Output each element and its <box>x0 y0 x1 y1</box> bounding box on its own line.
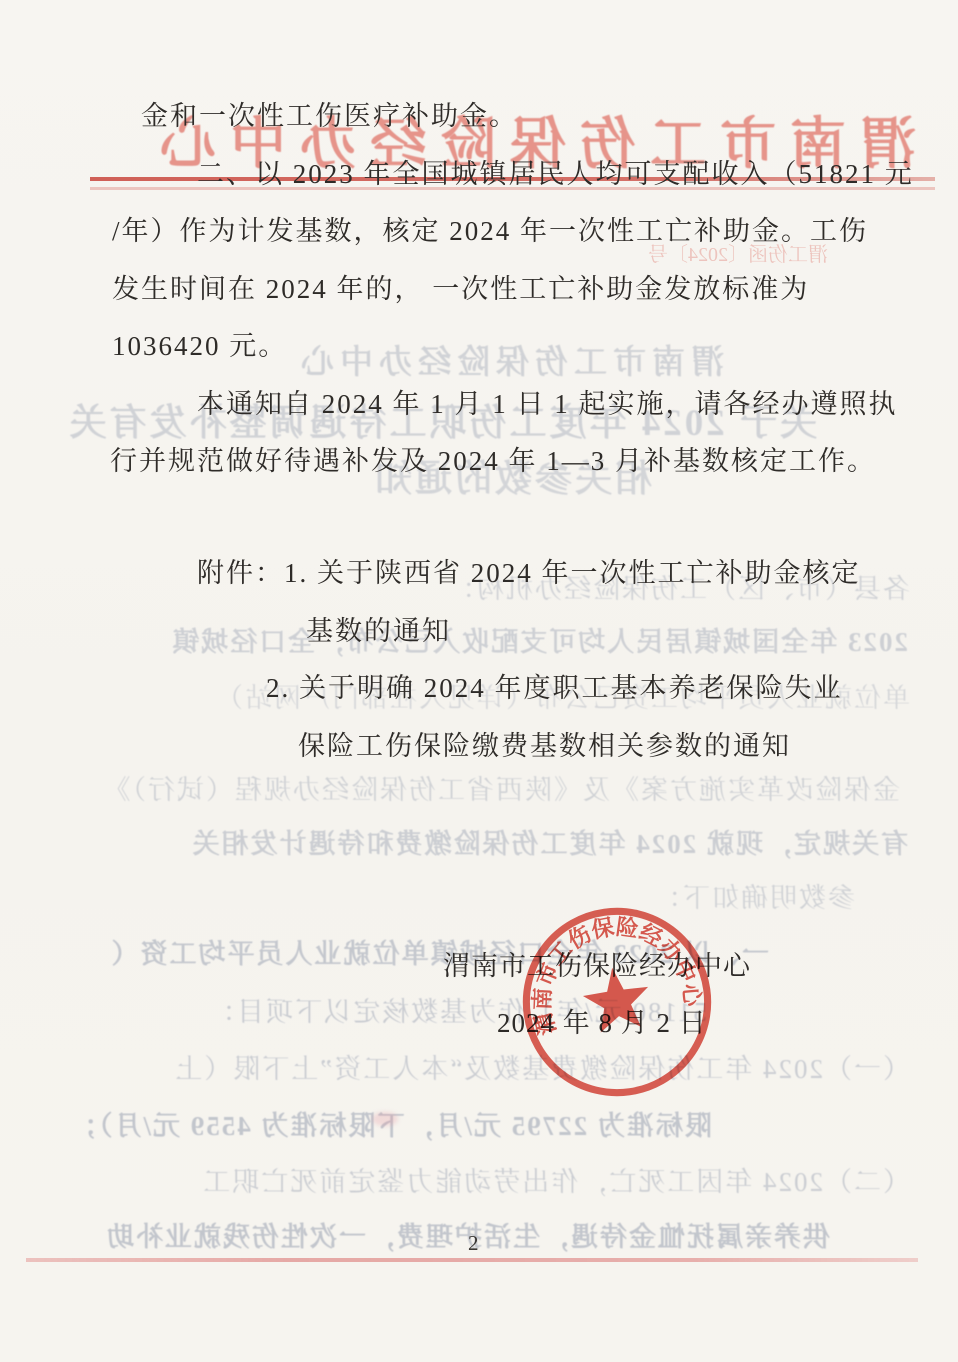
attachment-line: 基数的通知 <box>306 615 451 647</box>
body-line: 1036420 元。 <box>112 330 287 362</box>
bleedthrough-line: （二）2024 年因工死亡，作出劳动能力鉴定前死亡职工 <box>110 1160 910 1199</box>
body-line: /年）作为计发基数，核定 2024 年一次性工亡补助金。工伤 <box>112 215 868 247</box>
body-line: 金和一次性工伤医疗补助金。 <box>141 100 518 132</box>
footer-rule <box>26 1258 918 1262</box>
bleedthrough-line: 金保险改革实施方案》及《陕西省工伤保险经办规程（试行）》 <box>118 768 900 807</box>
attachment-line: 2. 关于明确 2024 年度职工基本养老保险失业 <box>266 672 843 704</box>
body-line: 发生时间在 2024 年的， 一次性工亡补助金发放标准为 <box>112 273 809 305</box>
attachment-line: 保险工伤保险缴费基数相关参数的通知 <box>298 730 791 762</box>
ink-smudge <box>372 1112 398 1126</box>
bleedthrough-line: （一）2024 年工伤保险缴费基数及“本人工资”上下限（上 <box>110 1047 910 1086</box>
page-number: 2 <box>468 1231 479 1256</box>
body-line: 二、以 2023 年全国城镇居民人均可支配收入（51821 元 <box>197 158 914 190</box>
bleedthrough-line: 有关规定，现就 2024 年度工伤保险缴费和待遇计发相关 <box>96 822 908 861</box>
scanned-document-page: 渭南市工伤保险经办中心 渭工伤函〔2024〕号 渭南市工伤保险经办中心 关于 2… <box>0 0 958 1362</box>
bleedthrough-line: 2023 年全国城镇居民人均可支配收入已公布，全口径城镇 <box>188 620 908 659</box>
attachment-line: 附件：1. 关于陕西省 2024 年一次性工亡补助金核定 <box>197 557 861 589</box>
bleedthrough-org-title: 渭南市工伤保险经办中心 <box>300 336 724 383</box>
official-seal: 渭南市工伤保险经办中心 <box>491 876 744 1129</box>
star-icon <box>580 963 654 1034</box>
body-line: 行并规范做好待遇补发及 2024 年 1—3 月补基数核定工作。 <box>110 445 876 477</box>
body-line: 本通知自 2024 年 1 月 1 日 1 起实施，请各经办遵照执 <box>197 388 898 420</box>
